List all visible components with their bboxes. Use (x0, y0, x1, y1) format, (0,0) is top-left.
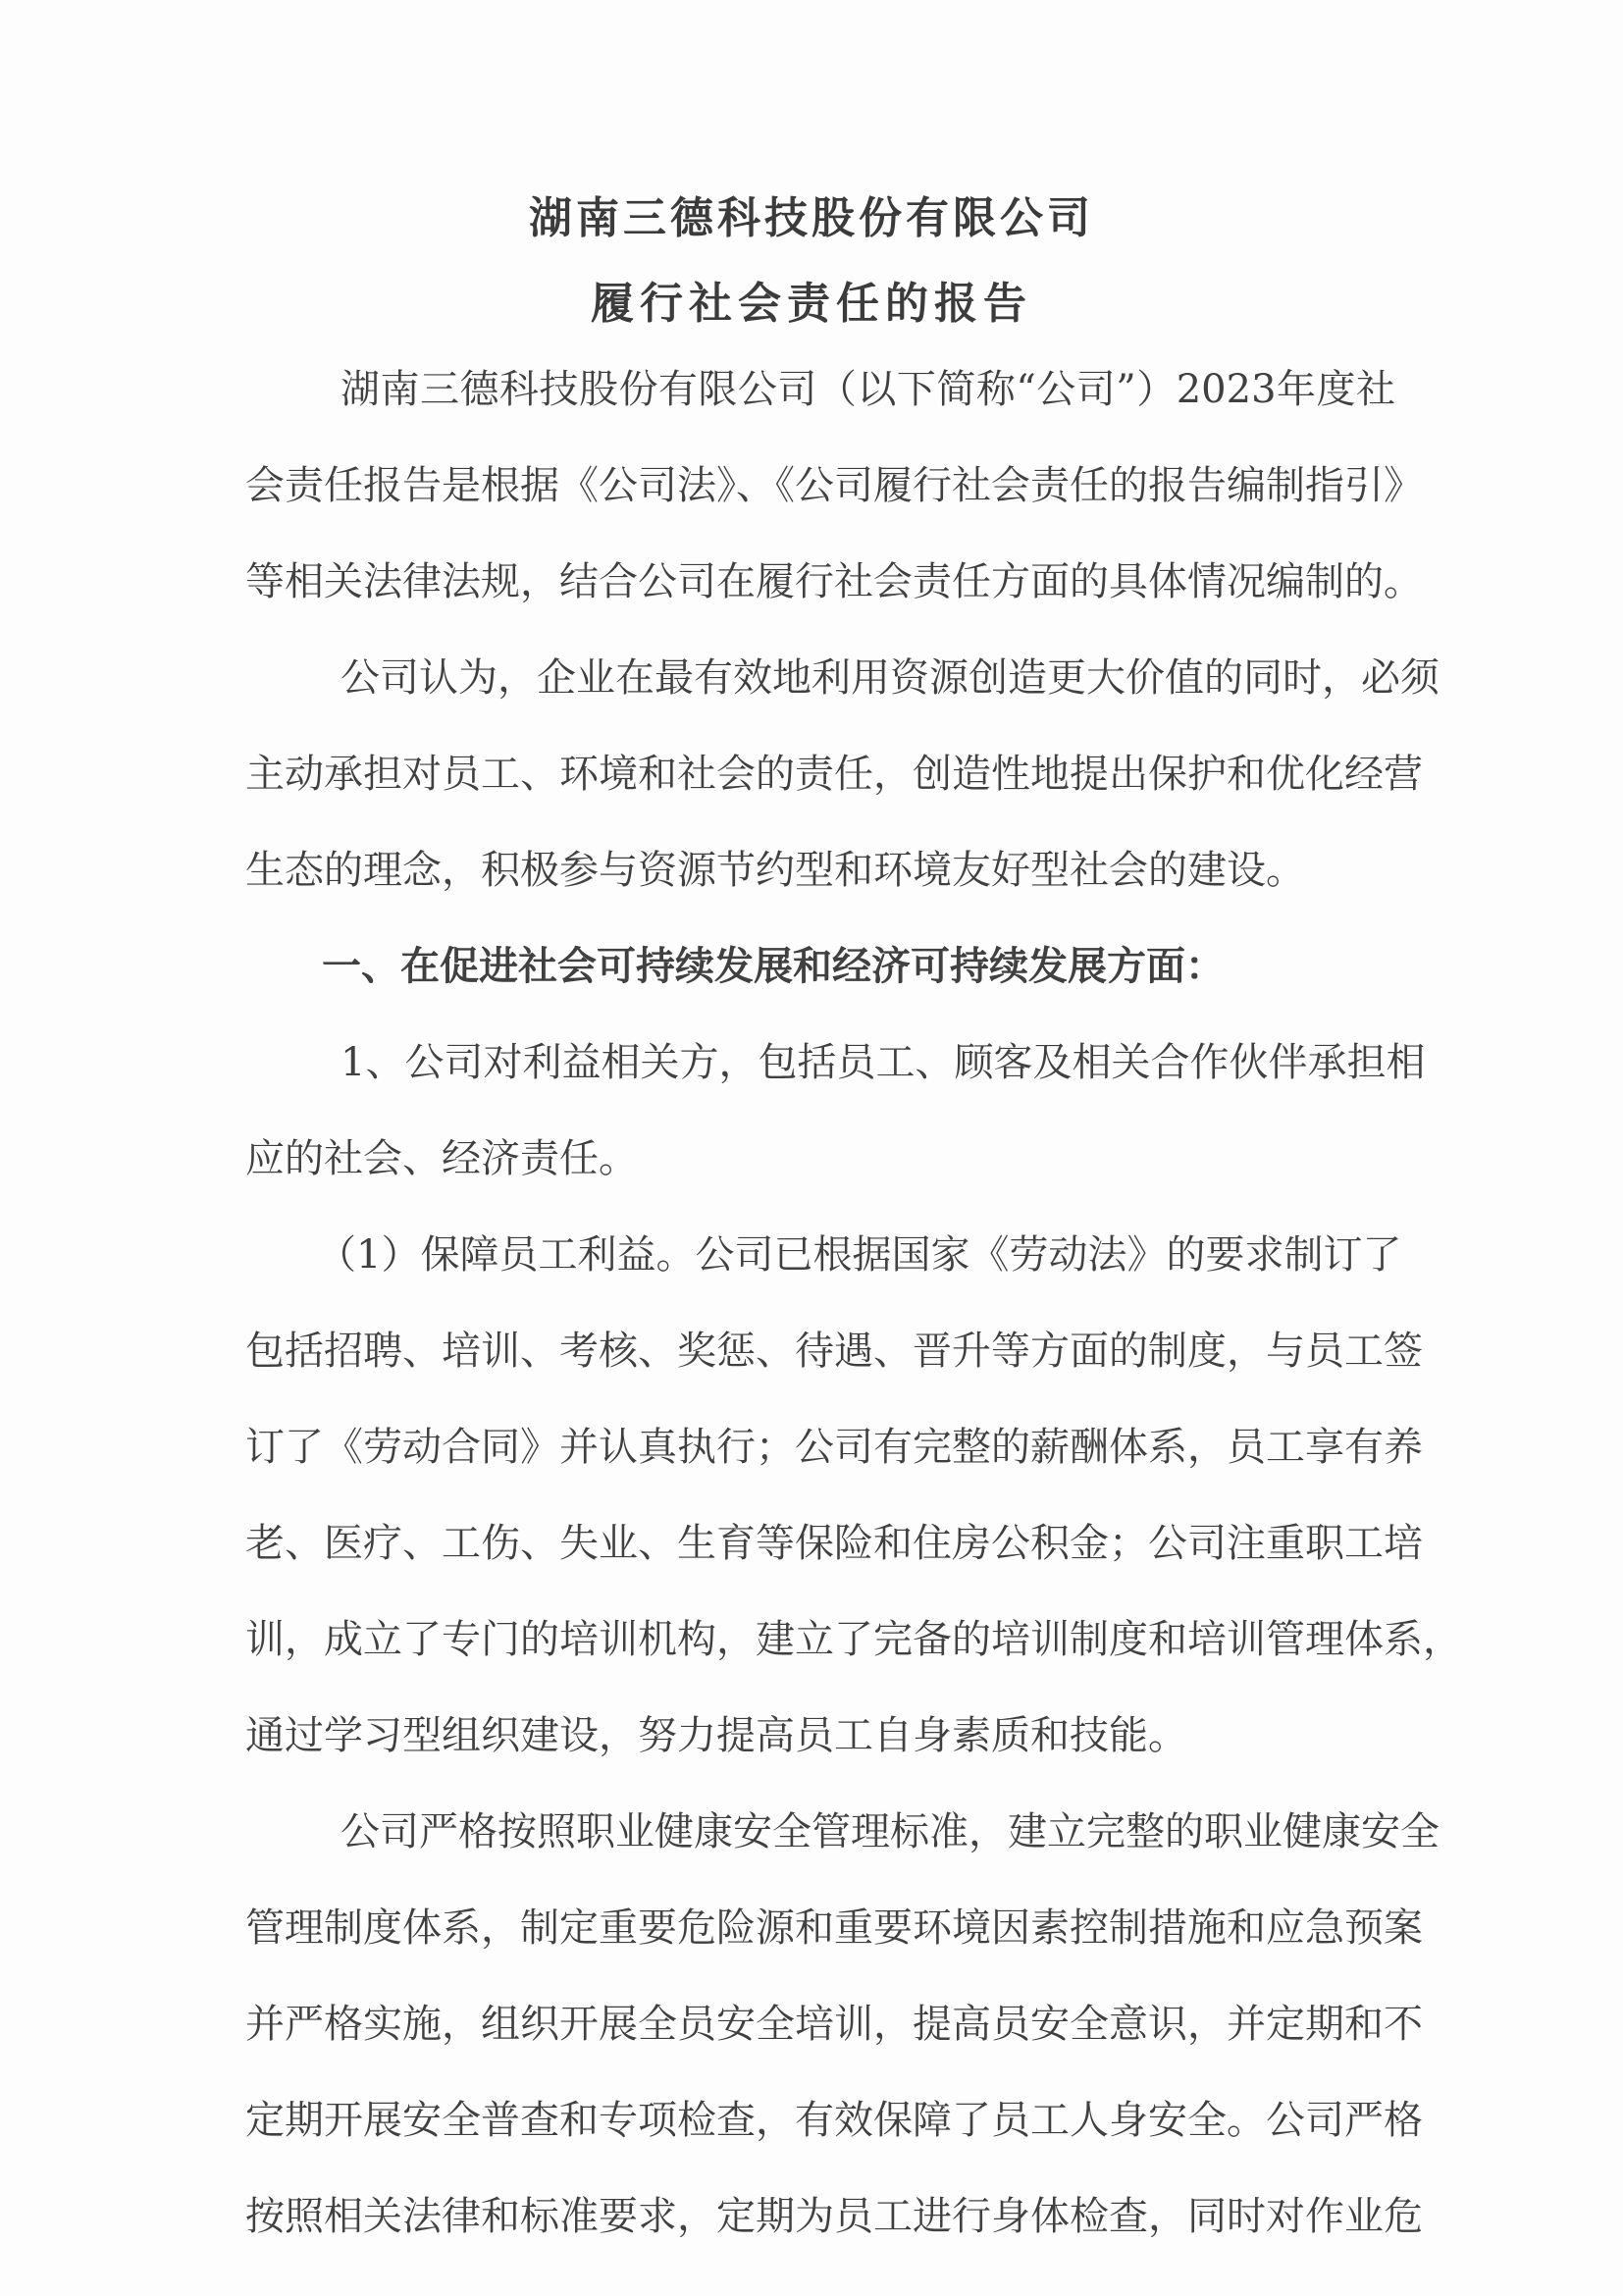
paragraph-line: 订了《劳动合同》并认真执行；公司有完整的薪酬体系，员工享有养 (245, 1418, 1395, 1514)
paragraph-line: 公司认为，企业在最有效地利用资源创造更大价值的同时，必须 (245, 649, 1395, 745)
paragraph-line: 会责任报告是根据《公司法》、《公司履行社会责任的报告编制指引》 (245, 456, 1395, 552)
paragraph-line: 生态的理念，积极参与资源节约型和环境友好型社会的建设。 (245, 841, 1395, 937)
paragraph-line: 湖南三德科技股份有限公司（以下简称“公司”）2023年度社 (245, 360, 1395, 456)
paragraph-line: 通过学习型组织建设，努力提高员工自身素质和技能。 (245, 1706, 1395, 1802)
paragraph-line: 等相关法律法规，结合公司在履行社会责任方面的具体情况编制的。 (245, 552, 1395, 649)
paragraph-line: 按照相关法律和标准要求，定期为员工进行身体检查，同时对作业危 (245, 2187, 1395, 2283)
paragraph-line: 训，成立了专门的培训机构，建立了完备的培训制度和培训管理体系， (245, 1610, 1395, 1706)
section-heading: 一、在促进社会可持续发展和经济可持续发展方面： (245, 937, 1395, 1033)
paragraph-line: 定期开展安全普查和专项检查，有效保障了员工人身安全。公司严格 (245, 2091, 1395, 2187)
company-title: 湖南三德科技股份有限公司 (0, 189, 1623, 248)
paragraph-line: 应的社会、经济责任。 (245, 1129, 1395, 1226)
paragraph-line: 老、医疗、工伤、失业、生育等保险和住房公积金；公司注重职工培 (245, 1514, 1395, 1610)
report-title: 履行社会责任的报告 (0, 275, 1623, 334)
paragraph-line: 主动承担对员工、环境和社会的责任，创造性地提出保护和优化经营 (245, 745, 1395, 841)
paragraph-line: 管理制度体系，制定重要危险源和重要环境因素控制措施和应急预案 (245, 1899, 1395, 1995)
document-page: 湖南三德科技股份有限公司 履行社会责任的报告 湖南三德科技股份有限公司（以下简称… (0, 0, 1623, 2296)
report-body: 湖南三德科技股份有限公司（以下简称“公司”）2023年度社 会责任报告是根据《公… (245, 360, 1395, 2283)
paragraph-line: 包括招聘、培训、考核、奖惩、待遇、晋升等方面的制度，与员工签 (245, 1322, 1395, 1418)
paragraph-line: 公司严格按照职业健康安全管理标准，建立完整的职业健康安全 (245, 1802, 1395, 1899)
paragraph-line: （1）保障员工利益。公司已根据国家《劳动法》的要求制订了 (245, 1226, 1395, 1322)
paragraph-line: 1、公司对利益相关方，包括员工、顾客及相关合作伙伴承担相 (245, 1033, 1395, 1129)
paragraph-line: 并严格实施，组织开展全员安全培训，提高员安全意识，并定期和不 (245, 1995, 1395, 2091)
